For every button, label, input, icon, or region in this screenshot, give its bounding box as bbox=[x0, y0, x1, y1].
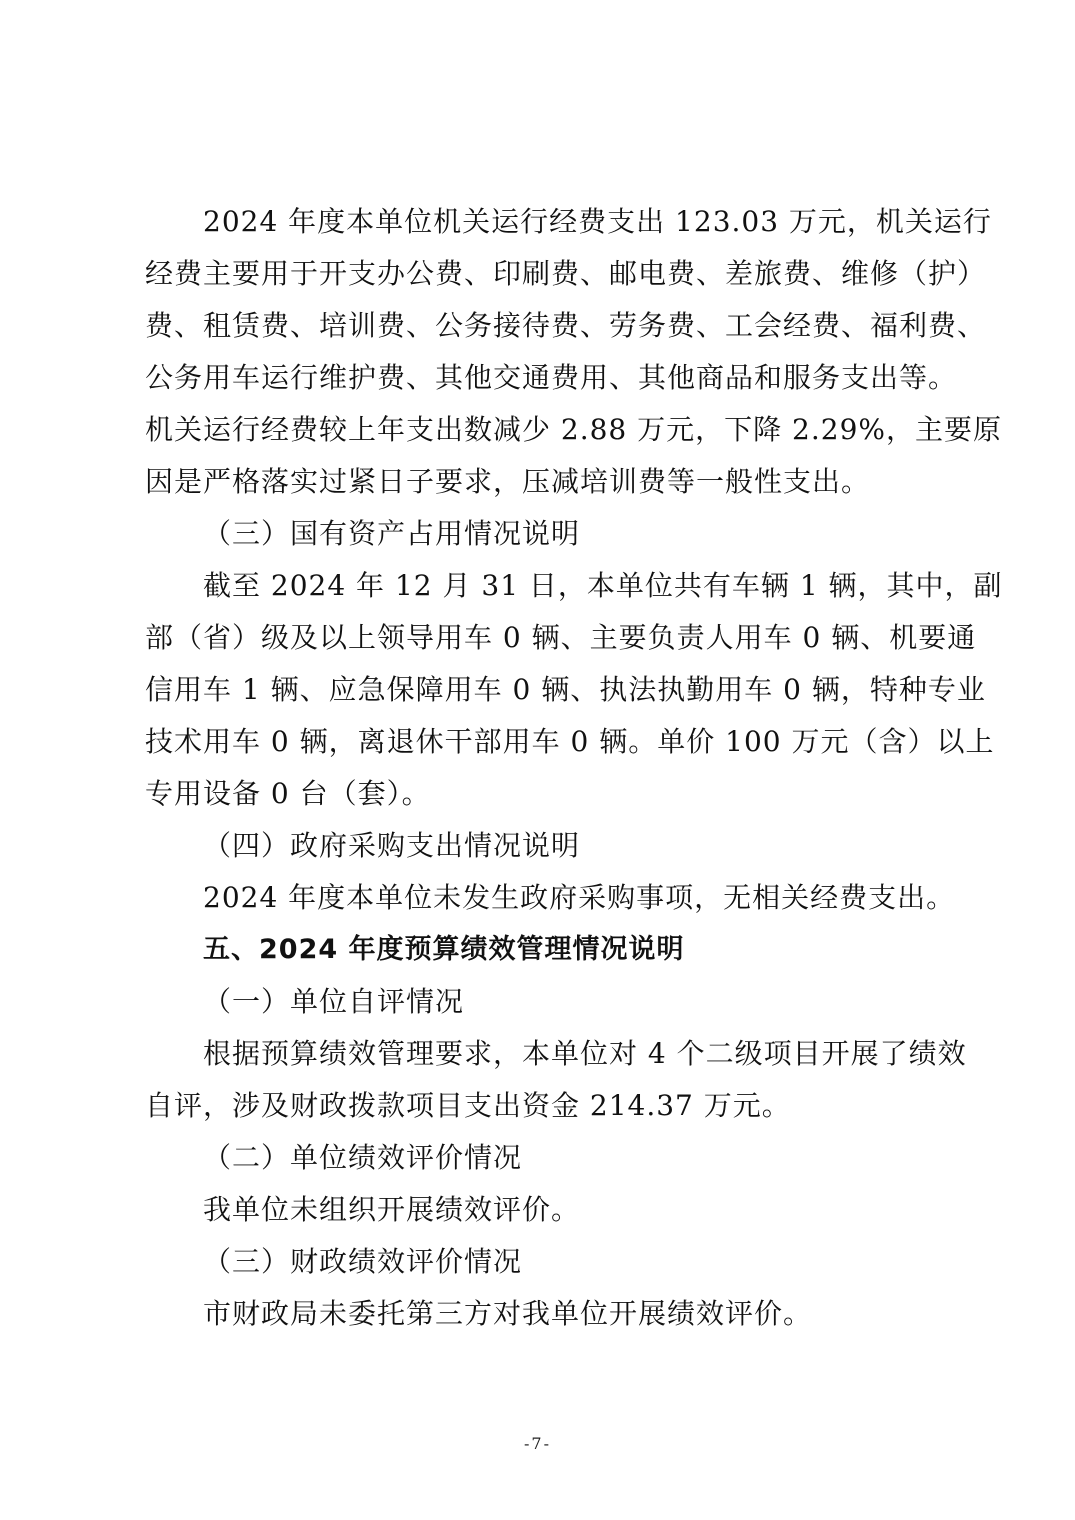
paragraph-unit-evaluation: 我单位未组织开展绩效评价。 bbox=[203, 1192, 1003, 1228]
section-heading-state-assets: （三）国有资产占用情况说明 bbox=[203, 516, 1003, 552]
paragraph-operating-expenses-line-6: 因是严格落实过紧日子要求，压减培训费等一般性支出。 bbox=[145, 464, 945, 500]
paragraph-operating-expenses-line-4: 公务用车运行维护费、其他交通费用、其他商品和服务支出等。 bbox=[145, 360, 945, 396]
paragraph-operating-expenses-line-3: 费、租赁费、培训费、公务接待费、劳务费、工会经费、福利费、 bbox=[145, 308, 945, 344]
section-heading-procurement: （四）政府采购支出情况说明 bbox=[203, 828, 1003, 864]
section-heading-unit-evaluation: （二）单位绩效评价情况 bbox=[203, 1140, 1003, 1176]
paragraph-operating-expenses-line-1: 2024 年度本单位机关运行经费支出 123.03 万元，机关运行 bbox=[203, 204, 945, 240]
paragraph-fiscal-evaluation: 市财政局未委托第三方对我单位开展绩效评价。 bbox=[203, 1296, 1003, 1332]
section-heading-self-evaluation: （一）单位自评情况 bbox=[203, 984, 1003, 1020]
document-page: 2024 年度本单位机关运行经费支出 123.03 万元，机关运行 经费主要用于… bbox=[0, 0, 1075, 1520]
paragraph-operating-expenses-line-2: 经费主要用于开支办公费、印刷费、邮电费、差旅费、维修（护） bbox=[145, 256, 945, 292]
section-heading-fiscal-evaluation: （三）财政绩效评价情况 bbox=[203, 1244, 1003, 1280]
paragraph-procurement: 2024 年度本单位未发生政府采购事项，无相关经费支出。 bbox=[203, 880, 1003, 916]
paragraph-vehicles-line-5: 专用设备 0 台（套）。 bbox=[145, 776, 945, 812]
paragraph-self-evaluation-line-2: 自评，涉及财政拨款项目支出资金 214.37 万元。 bbox=[145, 1088, 945, 1124]
paragraph-self-evaluation-line-1: 根据预算绩效管理要求，本单位对 4 个二级项目开展了绩效 bbox=[203, 1036, 945, 1072]
paragraph-operating-expenses-line-5: 机关运行经费较上年支出数减少 2.88 万元，下降 2.29%，主要原 bbox=[145, 412, 945, 448]
paragraph-vehicles-line-3: 信用车 1 辆、应急保障用车 0 辆、执法执勤用车 0 辆，特种专业 bbox=[145, 672, 945, 708]
paragraph-vehicles-line-2: 部（省）级及以上领导用车 0 辆、主要负责人用车 0 辆、机要通 bbox=[145, 620, 945, 656]
paragraph-vehicles-line-1: 截至 2024 年 12 月 31 日，本单位共有车辆 1 辆，其中，副 bbox=[203, 568, 945, 604]
paragraph-vehicles-line-4: 技术用车 0 辆，离退休干部用车 0 辆。单价 100 万元（含）以上 bbox=[145, 724, 945, 760]
page-number: -7- bbox=[0, 1434, 1075, 1453]
chapter-heading-performance: 五、2024 年度预算绩效管理情况说明 bbox=[203, 932, 1003, 968]
